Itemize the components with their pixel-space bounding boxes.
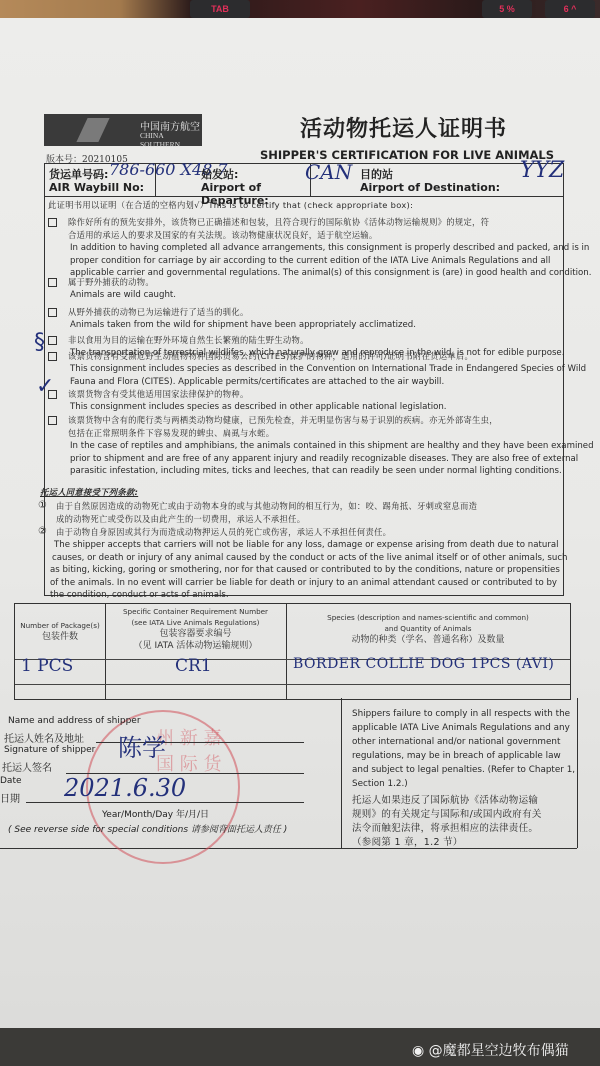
destination-value[interactable]: YYZ bbox=[520, 158, 564, 183]
item-text-en: This consignment includes species as des… bbox=[70, 363, 586, 375]
watermark-text: @魔都星空边牧布偶猫 bbox=[429, 1043, 569, 1059]
signature-label-cn: 托运人签名 bbox=[2, 759, 52, 774]
date-format-hint: Year/Month/Day 年/月/日 bbox=[102, 807, 209, 820]
term-number: ② bbox=[38, 526, 47, 537]
checkmark-icon: ✓ bbox=[36, 374, 54, 399]
term-text-cn: 由于动物自身原因或其行为而造成动物押运人员的死亡或伤害，承运人不承担任何责任。 bbox=[56, 526, 391, 538]
date-value: 2021.6.30 bbox=[64, 774, 186, 802]
keyboard-key: TAB bbox=[190, 0, 250, 18]
departure-label-cn: 始发站: bbox=[201, 166, 238, 182]
certification-intro: 此证明书用以证明（在合适的空格内划√）This is to certify th… bbox=[48, 199, 413, 211]
checkbox[interactable] bbox=[48, 416, 57, 425]
checkbox[interactable] bbox=[48, 352, 57, 361]
warning-text-cn: 法令而触犯法律，将承担相应的法律责任。 bbox=[352, 820, 538, 834]
warning-text-cn: 规则》的有关规定与国际和/或国内政府有关 bbox=[352, 806, 542, 820]
pen-scribble-mark: § bbox=[34, 330, 45, 355]
awb-label-en: AIR Waybill No: bbox=[49, 181, 144, 194]
keyboard-key: 6 ^ bbox=[545, 0, 595, 18]
item-text-cn: 非以食用为目的运输在野外环境自然生长繁殖的陆生野生动物。 bbox=[68, 334, 309, 346]
item-text-cn: 合适用的承运人的要求及国家的有关法规。该动物健康状况良好，适于航空运输。 bbox=[68, 229, 378, 241]
shipper-name-label-cn: 托运人姓名及地址 bbox=[4, 730, 84, 745]
awb-label-cn: 货运单号码: bbox=[49, 166, 108, 182]
table-cell[interactable]: BORDER COLLIE DOG 1PCS (AVI) bbox=[293, 656, 554, 672]
warning-text-en: and subject to legal penalties. (Refer t… bbox=[352, 764, 575, 776]
waybill-row: 货运单号码: AIR Waybill No: 786-660 X48 7 始发站… bbox=[44, 163, 564, 197]
departure-cell: 始发站: Airport of Departure: CAN bbox=[155, 164, 311, 196]
item-text-cn: 属于野外捕获的动物。 bbox=[68, 276, 154, 288]
warning-text-cn: 托运人如果违反了国际航协《活体动物运输 bbox=[352, 792, 538, 806]
stamp-text: 州 新 嘉 国 际 货 bbox=[156, 724, 238, 776]
column-header-en: and Quantity of Animals bbox=[286, 623, 570, 634]
watermark: ◉ @魔都星空边牧布偶猫 bbox=[412, 1040, 569, 1060]
shipper-name-label-en: Name and address of shipper bbox=[8, 716, 141, 726]
column-header: Specific Container Requirement Number(se… bbox=[105, 606, 286, 652]
warning-text-en: Section 1.2.) bbox=[352, 778, 408, 790]
item-text-en: proper condition for carriage by air acc… bbox=[70, 255, 550, 267]
document-title-cn: 活动物托运人证明书 bbox=[300, 112, 507, 143]
signature-value: 陈学 bbox=[118, 728, 166, 763]
date-label-en: Date bbox=[0, 776, 22, 786]
keyboard-key: 5 % bbox=[482, 0, 532, 18]
airline-logo: 中国南方航空 CHINA SOUTHERN bbox=[44, 114, 202, 146]
item-text-en: Animals taken from the wild for shipment… bbox=[70, 319, 416, 331]
item-text-en: In the case of reptiles and amphibians, … bbox=[70, 440, 594, 452]
animal-table: Number of Package(s)包装件数Specific Contain… bbox=[14, 603, 571, 700]
column-header-en: Species (description and names-scientifi… bbox=[286, 612, 570, 623]
item-text-cn: 包括在正常照明条件下容易发现的蜱虫、扁虱与水蛭。 bbox=[68, 427, 274, 439]
term-text-cn: 由于自然原因造成的动物死亡或由于动物本身的或与其他动物间的相互行为，如：咬、踢角… bbox=[56, 500, 477, 512]
item-text-cn: 该票货物含有受濒危野生动植物物种国际贸易公约(CITES)保护的物种，适用的许可… bbox=[68, 350, 473, 362]
item-text-en: prior to shipment and are free of any ap… bbox=[70, 453, 578, 465]
item-text-cn: 该票货物中含有的爬行类与两栖类动物均健康，已预先检查，并无明显伤害与易于识别的疾… bbox=[68, 414, 498, 426]
item-text-en: This consignment includes species as des… bbox=[70, 401, 447, 413]
reverse-side-note: ( See reverse side for special condition… bbox=[8, 822, 287, 835]
checkbox[interactable] bbox=[48, 278, 57, 287]
column-header-en: Number of Package(s) bbox=[15, 620, 105, 631]
awb-cell: 货运单号码: AIR Waybill No: 786-660 X48 7 bbox=[45, 164, 156, 196]
airline-name-en: CHINA SOUTHERN bbox=[140, 131, 202, 149]
destination-label-en: Airport of Destination: bbox=[360, 181, 500, 194]
date-field[interactable] bbox=[26, 802, 304, 803]
item-text-cn: 从野外捕获的动物已为运输进行了适当的驯化。 bbox=[68, 306, 249, 318]
signature-label-en: Signature of shipper bbox=[4, 745, 95, 755]
item-text-en: In addition to having completed all adva… bbox=[70, 242, 589, 254]
item-text-en: Animals are wild caught. bbox=[70, 289, 176, 301]
warning-text-en: regulations, may be in breach of applica… bbox=[352, 750, 561, 762]
item-text-cn: 该票货物含有受其他适用国家法律保护的物种。 bbox=[68, 388, 249, 400]
column-header-en: Specific Container Requirement Number bbox=[105, 606, 286, 617]
destination-cell: 目的站 Airport of Destination: YYZ bbox=[310, 164, 563, 196]
warning-text-cn: （参阅第 1 章，1.2 节） bbox=[352, 834, 463, 848]
destination-label-cn: 目的站 bbox=[360, 166, 393, 182]
terms-heading: 托运人同意接受下列条款: bbox=[40, 486, 138, 498]
term-text-en: The shipper accepts that carriers will n… bbox=[54, 539, 559, 551]
item-text-en: parasitic infestation, including mites, … bbox=[70, 465, 562, 477]
term-text-en: causes, or death or injury of any animal… bbox=[52, 552, 568, 564]
date-label-cn: 日期 bbox=[0, 790, 20, 805]
item-text-en: Fauna and Flora (CITES). Applicable perm… bbox=[70, 376, 444, 388]
warning-text-en: applicable IATA Live Animals Regulations… bbox=[352, 722, 570, 734]
term-text-en: the condition, conduct or acts of animal… bbox=[50, 589, 229, 601]
term-number: ① bbox=[38, 500, 47, 511]
column-header: Number of Package(s)包装件数 bbox=[15, 606, 105, 643]
term-text-en: as biting, kicking, goring or smothering… bbox=[50, 564, 560, 576]
warning-text-en: Shippers failure to comply in all respec… bbox=[352, 708, 570, 720]
column-header: Species (description and names-scientifi… bbox=[286, 606, 570, 646]
column-header-cn: 包装容器要求编号 bbox=[105, 628, 286, 640]
item-text-cn: 除作好所有的预先安排外，该货物已正确描述和包装，且符合现行的国际航协《活体动物运… bbox=[68, 216, 489, 228]
checkbox[interactable] bbox=[48, 308, 57, 317]
checkbox[interactable] bbox=[48, 218, 57, 227]
weibo-icon: ◉ bbox=[412, 1043, 424, 1059]
column-header-cn: 包装件数 bbox=[15, 631, 105, 643]
term-text-en: of the animals. In no event will carrier… bbox=[50, 577, 557, 589]
term-text-cn: 成的动物死亡或受伤以及由此产生的一切费用，承运人不承担任。 bbox=[56, 513, 305, 525]
warning-text-en: other international and/or national gove… bbox=[352, 736, 560, 748]
china-southern-kapok-tail-icon bbox=[76, 118, 109, 142]
column-header-cn: （见 IATA 活体动物运输规则） bbox=[105, 640, 286, 652]
checkbox[interactable] bbox=[48, 336, 57, 345]
table-cell[interactable]: 1 PCS bbox=[21, 656, 73, 676]
column-header-cn: 动物的种类（学名、普通名称）及数量 bbox=[286, 634, 570, 646]
table-cell[interactable]: CR1 bbox=[175, 656, 212, 676]
column-header-en: (see IATA Live Animals Regulations) bbox=[105, 617, 286, 628]
